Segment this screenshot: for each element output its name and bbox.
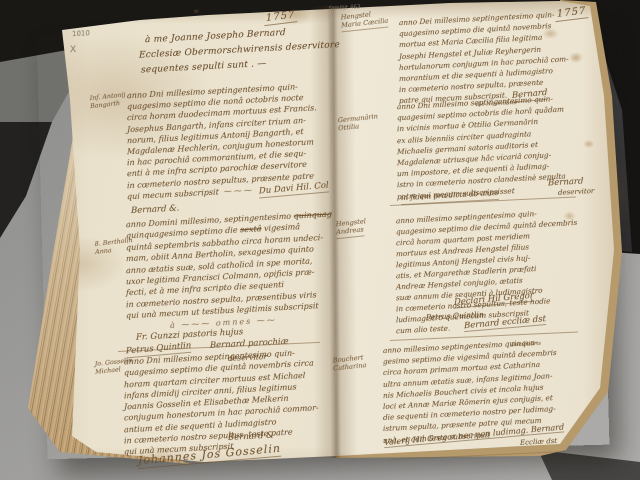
margin-note: Bouchert Catharina	[333, 354, 367, 373]
struck-word: sextâ	[240, 225, 261, 235]
pencil-folio-number: 1010	[72, 29, 90, 38]
signature: deservitor	[558, 187, 594, 197]
header-ornament: ∞	[193, 6, 199, 15]
signature: Bernard &.	[131, 203, 179, 216]
left-page-text: 1010 X ∞ 1757 à me Joanne Josepho Bernar…	[55, 0, 350, 475]
register-heading: à me Joanne Josepho Bernard Ecclesiæ Obe…	[139, 23, 340, 79]
margin-note: Hengstel Maria Cæcilia	[341, 10, 389, 32]
burial-entry: anno Dni millesimo septingentesimo quin-…	[124, 346, 319, 458]
ink-flourish: ⁓⁓⁓	[224, 185, 254, 196]
signature: Du Davi Hil. Col	[259, 180, 329, 198]
right-page-text: familÿt 463 1757 Hengstel Maria Cæcilia …	[326, 0, 631, 478]
signature: Bernard	[548, 177, 583, 189]
pencil-archival-note: familÿt 463	[329, 4, 360, 12]
pencil-x-mark: X	[70, 45, 76, 55]
margin-note: Germanärin Ottilia	[338, 113, 379, 133]
burial-entry: anno Dni millesimo septingentesimo quin-…	[397, 92, 566, 202]
burial-entry: anno millesimo septingentesimo quin- qua…	[396, 206, 577, 336]
margin-note: Inf. Antonij Bangarth	[90, 91, 126, 110]
burial-entry: anno Dni millesimo septingentesimo quin-…	[127, 80, 329, 205]
signature: Eccliæ dst	[520, 437, 557, 447]
margin-note: Hengstel Andreas	[336, 218, 367, 239]
archival-photo: 1010 X ∞ 1757 à me Joanne Josepho Bernar…	[0, 0, 640, 480]
year-label-left: 1757	[264, 9, 298, 26]
